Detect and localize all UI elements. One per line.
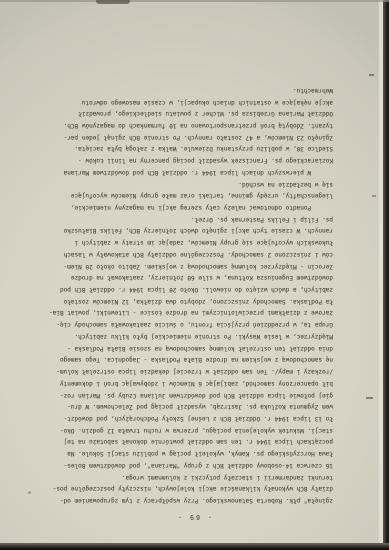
scan-smudge — [96, 0, 130, 4]
text-line: zabitych, a dwóch wzięto do niewoli. Oko… — [49, 283, 333, 295]
text-line: nę samochodową z wojskiem na drodze Biał… — [49, 354, 333, 366]
page-content-rotated-180: - 69 - zginęła" płk. Roberta Satanowskie… — [0, 0, 389, 550]
text-line: ło 13 lipca 1944 r. Oddział BCh z Leśnej… — [49, 412, 333, 424]
page-number: - 69 - — [55, 513, 333, 521]
text-line: bił opancerzony samochód, zabijając 6 Ni… — [49, 377, 333, 389]
text-line: rannych. W czasie tych akcji zginęło dwó… — [49, 225, 333, 237]
text-line: W pierwszych dniach lipca 1944 r. oddzia… — [49, 166, 333, 178]
text-line: ców i zniszczono 2 samochody. Poszczegól… — [49, 248, 333, 260]
text-line: akcje nękające w ostatnich dniach okupac… — [49, 96, 333, 108]
scan-speck — [28, 491, 31, 494]
text-line: Międzyrzec, w lesie Wasyki. Po stronie n… — [49, 330, 333, 342]
text-line: Zginęło 23 Niemców, a 47 zostało rannych… — [49, 131, 333, 143]
scan-speck — [372, 195, 376, 197]
text-line: stacji. Wskutek wykolejenia pociągu, prz… — [49, 424, 333, 436]
text-line: się w bezładzie na wschód. — [49, 178, 333, 190]
text-line: wem Zygmunta Koźluka ps. Jastrząb, wysad… — [49, 401, 333, 413]
scan-edge-bottom — [0, 543, 389, 550]
text-line: ława Horczyńskiego ps. Kamyk, wykoleił p… — [49, 447, 333, 459]
document-text-block: zginęła" płk. Roberta Satanowskiego. Prz… — [49, 84, 333, 506]
text-line: tyzant. Zdobytą broń przetransportowano … — [49, 119, 333, 131]
text-line: Koziarackiego ps. Franciszek wysadził po… — [49, 154, 333, 166]
scan-edge-right — [383, 0, 389, 550]
scan-edge-top — [0, 0, 389, 2]
text-line: Zerocin - Międzyrzec kolumnę samochodową… — [49, 260, 333, 272]
text-line: działy BCh wykonały kilkanaście akcji ko… — [49, 483, 333, 495]
text-line: ła Podlaska. Samochody zniszczono, zdoby… — [49, 295, 333, 307]
scan-speck — [366, 397, 373, 399]
text-line: początkach lipca 1944 r. ten sam oddział… — [49, 436, 333, 448]
text-line: Siedlce 30, w pobliżu przystanku Dziewul… — [49, 143, 333, 155]
text-line: Ponadto odnotować należy cały szereg akc… — [49, 201, 333, 213]
text-line: giej połowie lipca oddział BCh pod dowód… — [49, 389, 333, 401]
text-line: łukowskich wycofujące się grupy Niemców,… — [49, 236, 333, 248]
text-line: żarowe z działkami przeciwlotniczymi na … — [49, 307, 333, 319]
text-line: zginęła" płk. Roberta Satanowskiego. Prz… — [49, 494, 333, 506]
text-line: dnia oddział ten ostrzelał kolumnę samoc… — [49, 342, 333, 354]
text-line: liegenschafty, urzędy gminne, tartaki or… — [49, 190, 333, 202]
text-line: /rozkazy i mapy/. Ten sam oddział w trze… — [49, 365, 333, 377]
text-line: dowództwem Eugeniusza Kołtuna, w sile 60… — [49, 272, 333, 284]
text-line: 16 czerwca 14-osobowy oddział BCh z grup… — [49, 459, 333, 471]
text-line: ps. Filip i Feliks Pasternak ps. Orzeł. — [49, 213, 333, 225]
text-line: Oddział Mariana Grzebisza ps. Wicher z p… — [49, 108, 333, 120]
text-line: terunki żandarmerii i staczały potyczki … — [49, 471, 333, 483]
scan-speck — [369, 74, 374, 76]
scanned-document-page: - 69 - zginęła" płk. Roberta Satanowskie… — [0, 0, 389, 550]
text-line: Grupa ta, w przeddzień przyjścia frontu,… — [49, 319, 333, 331]
text-line: Wehrmachtu. — [49, 84, 333, 96]
